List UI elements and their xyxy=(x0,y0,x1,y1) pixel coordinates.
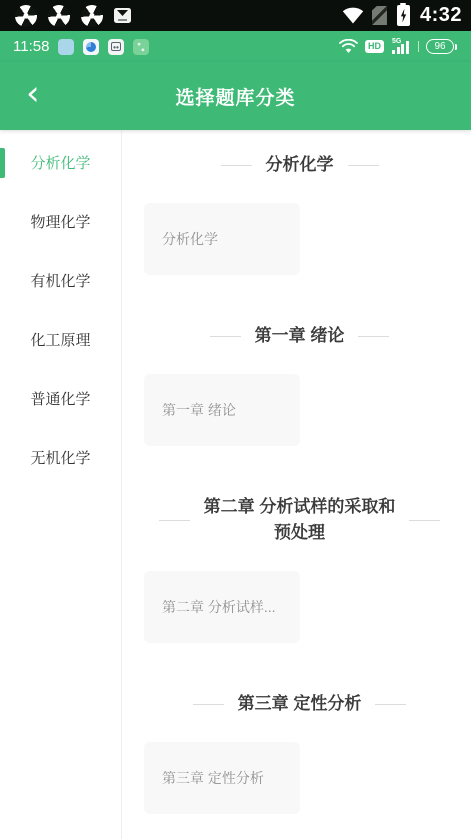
sidebar-item-label: 有机化学 xyxy=(30,270,90,291)
app-notification-icon-browser xyxy=(83,39,99,55)
app-screen: 4:32 11:58 HD 5G 9 xyxy=(0,0,471,839)
app-status-bar: 11:58 HD 5G 96 xyxy=(0,31,471,62)
mail-notification-icon xyxy=(114,8,131,23)
section-title-line1: 第二章 分析试样的采取和 xyxy=(204,494,396,520)
active-indicator xyxy=(0,148,5,178)
battery-charging-icon xyxy=(397,5,410,26)
signal-bar xyxy=(397,47,400,54)
sidebar-item-label: 无机化学 xyxy=(30,447,90,468)
sidebar-item-organic-chemistry[interactable]: 有机化学 xyxy=(0,251,121,310)
android-status-bar: 4:32 xyxy=(0,0,471,31)
chapter-card[interactable]: 第一章 绪论 xyxy=(144,374,300,446)
system-status-icons: 4:32 xyxy=(342,4,462,27)
section-title-line1: 第三章 定性分析 xyxy=(238,691,362,717)
robot-glyph-icon xyxy=(111,42,121,51)
category-section: 第一章 绪论 第一章 绪论 xyxy=(144,323,455,446)
notification-icons xyxy=(9,5,131,27)
sidebar-item-physical-chemistry[interactable]: 物理化学 xyxy=(0,192,121,251)
app-status-time: 11:58 xyxy=(13,38,49,55)
sidebar-item-general-chemistry[interactable]: 普通化学 xyxy=(0,369,121,428)
dash-divider xyxy=(409,520,440,521)
signal-bar xyxy=(401,44,404,54)
app-status-right: HD 5G 96 xyxy=(339,39,458,55)
signal-bar xyxy=(406,41,409,54)
category-sidebar: 分析化学 物理化学 有机化学 化工原理 普通化学 无机化学 xyxy=(0,130,122,839)
app-notification-icon-robot xyxy=(108,39,124,55)
app-header: ‹ 选择题库分类 xyxy=(0,62,471,130)
dash-divider xyxy=(375,704,406,705)
section-header: 第三章 定性分析 xyxy=(144,691,455,717)
chapter-card[interactable]: 分析化学 xyxy=(144,203,300,275)
battery-indicator: 96 xyxy=(426,39,454,54)
sidebar-item-label: 分析化学 xyxy=(30,152,90,173)
chapter-list[interactable]: 分析化学 分析化学 第一章 绪论 xyxy=(122,130,471,839)
section-header: 第二章 分析试样的采取和 预处理 xyxy=(144,494,455,546)
section-header: 分析化学 xyxy=(144,152,455,178)
dash-divider xyxy=(159,520,190,521)
chapter-card[interactable]: 第三章 定性分析 xyxy=(144,742,300,814)
dash-divider xyxy=(358,336,389,337)
chapter-card-label: 第一章 绪论 xyxy=(162,400,236,420)
sidebar-item-inorganic-chemistry[interactable]: 无机化学 xyxy=(0,428,121,487)
status-divider xyxy=(418,41,419,52)
dash-divider xyxy=(348,165,379,166)
category-section: 分析化学 分析化学 xyxy=(144,152,455,275)
dash-divider xyxy=(193,704,224,705)
page-body: 分析化学 物理化学 有机化学 化工原理 普通化学 无机化学 xyxy=(0,130,471,839)
wifi-signal-icon xyxy=(339,39,358,54)
sidebar-item-chemical-engineering-principles[interactable]: 化工原理 xyxy=(0,310,121,369)
section-title: 第二章 分析试样的采取和 预处理 xyxy=(204,494,396,546)
pinwheel-notification-icon xyxy=(15,5,37,27)
pinwheel-notification-icon xyxy=(81,5,103,27)
app-notification-icon-cloud xyxy=(58,39,74,55)
wifi-icon xyxy=(342,7,364,24)
hd-volte-badge: HD xyxy=(365,40,384,53)
section-title-line2: 预处理 xyxy=(204,520,396,546)
no-sim-icon xyxy=(372,6,387,25)
sidebar-item-label: 化工原理 xyxy=(30,329,90,350)
section-title-line1: 分析化学 xyxy=(266,152,334,178)
lightning-bolt-icon xyxy=(399,9,407,23)
dash-divider xyxy=(210,336,241,337)
section-title: 第三章 定性分析 xyxy=(238,691,362,717)
category-section: 第二章 分析试样的采取和 预处理 第二章 分析试样... xyxy=(144,494,455,643)
network-type-label: 5G xyxy=(392,38,401,45)
pinwheel-notification-icon xyxy=(48,5,70,27)
section-title: 第一章 绪论 xyxy=(255,323,345,349)
browser-glyph-icon xyxy=(86,42,96,52)
chapter-card-label: 分析化学 xyxy=(162,229,218,249)
status-time: 4:32 xyxy=(420,4,462,27)
cellular-signal-icon: 5G xyxy=(391,39,411,55)
sidebar-item-analytical-chemistry[interactable]: 分析化学 xyxy=(0,133,121,192)
sidebar-item-label: 物理化学 xyxy=(30,211,90,232)
page-title: 选择题库分类 xyxy=(175,83,295,110)
chapter-card-label: 第二章 分析试样... xyxy=(162,597,276,617)
sidebar-item-label: 普通化学 xyxy=(30,388,90,409)
section-header: 第一章 绪论 xyxy=(144,323,455,349)
app-notification-icon-green xyxy=(133,39,149,55)
app-status-left: 11:58 xyxy=(13,38,149,55)
signal-bar xyxy=(392,50,395,54)
back-button[interactable]: ‹ xyxy=(16,75,50,113)
dots-glyph-icon xyxy=(133,39,149,55)
section-title: 分析化学 xyxy=(266,152,334,178)
chapter-card-label: 第三章 定性分析 xyxy=(162,768,264,788)
category-section: 第三章 定性分析 第三章 定性分析 xyxy=(144,691,455,814)
dash-divider xyxy=(221,165,252,166)
section-title-line1: 第一章 绪论 xyxy=(255,323,345,349)
chapter-card[interactable]: 第二章 分析试样... xyxy=(144,571,300,643)
